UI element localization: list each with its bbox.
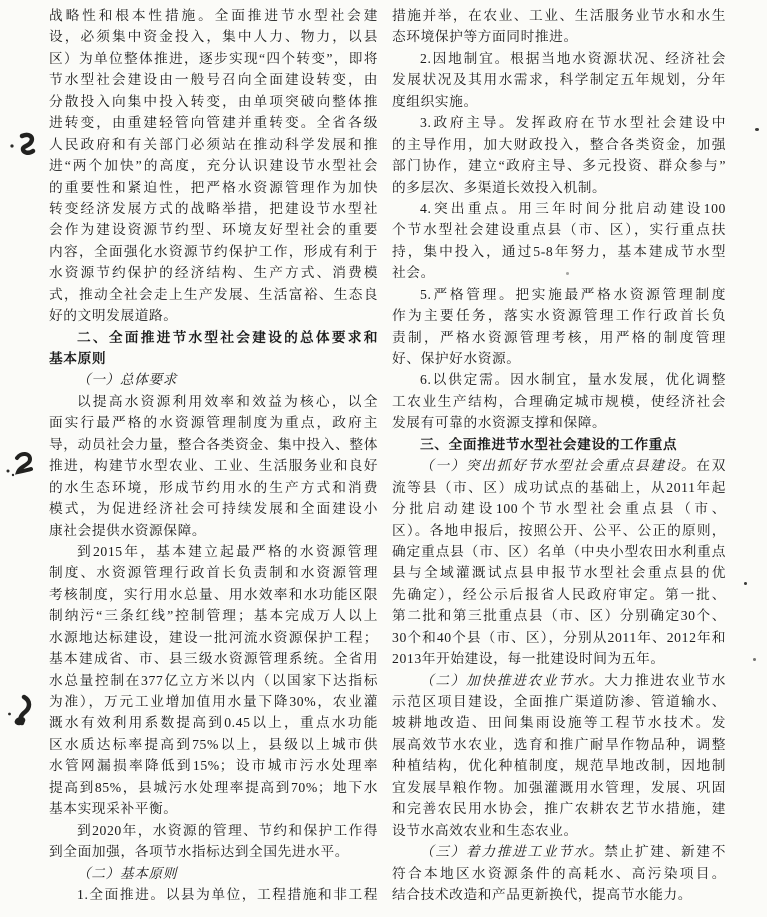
body-text: 和完善农民用水协会，推广农耕农艺节水措施，建 <box>392 801 726 816</box>
text-line: 模式，为促进经济社会可持续发展和全面建设小 <box>49 498 378 519</box>
body-text: 持，集中投入，通过5-8年努力，基本建成节水型 <box>392 244 726 259</box>
text-line: 基本实现采补平衡。 <box>49 798 378 819</box>
text-line: 措施并举，在农业、工业、生活服务业节水和水生 <box>392 5 726 26</box>
text-line: （一）总体要求 <box>49 369 378 390</box>
subheading-kai-text: （二）加快推进农业节水。 <box>420 673 604 688</box>
subheading-kai-text: （二）基本原则 <box>77 866 177 881</box>
text-line: 水总量控制在377亿立方米以内（以国家下达指标 <box>49 670 378 691</box>
body-text: 流等县（市、区）成功试点的基础上，从2011年起 <box>392 480 726 495</box>
body-text: 工农业生产结构，合理确定城市规模，使经济社会 <box>392 394 726 409</box>
heading-text: 基本原则 <box>49 351 106 366</box>
text-line: 结合技术改造和产品更新换代，提高节水能力。 <box>392 884 726 905</box>
body-text: 5.严格管理。把实施最严格水资源管理制度 <box>420 287 726 302</box>
text-line: 发展有可靠的水资源支撑和保障。 <box>392 412 726 433</box>
text-line: 到2020年，水资源的管理、节约和保护工作得 <box>49 820 378 841</box>
text-line: 内容，全面强化水资源节约保护工作，形成有利于 <box>49 241 378 262</box>
body-text: 区）。各地申报后，按照公开、公平、公正的原则， <box>392 523 726 538</box>
text-line: 工农业生产结构，合理确定城市规模，使经济社会 <box>392 391 726 412</box>
text-line: 基本原则 <box>49 348 378 369</box>
text-line: 面实行最严格的水资源管理制度为重点，政府主 <box>49 412 378 433</box>
body-text: 战略性和根本性措施。全面推进节水型社会建 <box>49 8 378 23</box>
page-surface: 战略性和根本性措施。全面推进节水型社会建设，必须集中资金投入，集中人力、物力，以… <box>0 0 767 917</box>
text-line: 确定重点县（市、区）名单（中央小型农田水利重点 <box>392 541 726 562</box>
body-text: 的重要性和紧迫性，把严格水资源管理作为加快 <box>49 180 378 195</box>
text-line: 溉水有效利用系数提高到0.45以上，重点水功能 <box>49 712 378 733</box>
body-text: 节水型社会建设由一般号召向全面建设转变，由 <box>49 72 378 87</box>
body-text: 面实行最严格的水资源管理制度为重点，政府主 <box>49 415 378 430</box>
body-text: 措施并举，在农业、工业、生活服务业节水和水生 <box>392 8 726 23</box>
body-text: 县与全域灌溉试点县申报节水型社会重点县的优 <box>392 565 726 580</box>
body-text: 个节水型社会建设重点县（市、区），实行重点扶 <box>392 222 726 237</box>
text-line: 以提高水资源利用效率和效益为核心，以全 <box>49 391 378 412</box>
body-text: 制度、水资源管理行政首长负责制和水资源管理 <box>49 565 378 580</box>
body-text: 以提高水资源利用效率和效益为核心，以全 <box>77 394 378 409</box>
text-line: 三、全面推进节水型社会建设的工作重点 <box>392 434 726 455</box>
text-line: 制纳污“三条红线”控制管理；基本完成万人以上 <box>49 605 378 626</box>
text-line: 二、全面推进节水型社会建设的总体要求和 <box>49 327 378 348</box>
ink-speck-icon <box>753 658 756 661</box>
body-text: 式，推动全社会走上生产发展、生活富裕、生态良 <box>49 287 378 302</box>
scanned-document-page: { "colors": { "paper": "#fbfbf8", "ink":… <box>0 0 767 917</box>
subheading-kai-text: （一）总体要求 <box>77 372 177 387</box>
text-line: 到全面加强，各项节水指标达到全国先进水平。 <box>49 841 378 862</box>
text-line: 好、保护好水资源。 <box>392 348 726 369</box>
text-line: 到2015年，基本建立起最严格的水资源管理 <box>49 541 378 562</box>
body-text: 发展状况及其用水需求，科学制定五年规划，分年 <box>392 72 726 87</box>
body-text: 分批启动建设100个节水型社会重点县（市、 <box>392 501 726 516</box>
text-line: 区）。各地申报后，按照公开、公平、公正的原则， <box>392 520 726 541</box>
body-text: 3.政府主导。发挥政府在节水型社会建设中 <box>420 115 726 130</box>
body-text: 基本建成省、市、县三级水资源管理系统。全省用 <box>49 651 378 666</box>
text-line: 县与全域灌溉试点县申报节水型社会重点县的优 <box>392 562 726 583</box>
text-line: 进“两个加快”的高度，充分认识建设节水型社会 <box>49 155 378 176</box>
body-text: 康社会提供水资源保障。 <box>49 523 206 538</box>
text-line: 作为主要任务，落实水资源管理工作行政首长负 <box>392 305 726 326</box>
body-text: 制纳污“三条红线”控制管理；基本完成万人以上 <box>49 608 378 623</box>
body-text: 展高效节水农业，选育和推广耐旱作物品种，调整 <box>392 737 726 752</box>
body-text: 结合技术改造和产品更新换代，提高节水能力。 <box>392 887 692 902</box>
text-line: （三）着力推进工业节水。禁止扩建、新建不 <box>392 841 726 862</box>
body-text: 水源地达标建设，建设一批河流水资源保护工程； <box>49 630 378 645</box>
text-line: 会作为建设资源节约型、环境友好型社会的重要 <box>49 219 378 240</box>
body-text: 度组织实施。 <box>392 94 478 109</box>
text-line: 康社会提供水资源保障。 <box>49 520 378 541</box>
body-text: 1.全面推进。以县为单位，工程措施和非工程 <box>77 887 378 902</box>
body-text: 部门协作，建立“政府主导、多元投资、群众参与” <box>392 158 726 173</box>
ink-smudge-icon <box>3 449 37 483</box>
body-text: 推进，构建节水型农业、工业、生活服务业和良好 <box>49 458 378 473</box>
text-line: （二）基本原则 <box>49 863 378 884</box>
ink-speck-icon <box>566 272 569 275</box>
subheading-kai-text: （三）着力推进工业节水。 <box>420 844 604 859</box>
text-line: 社会。 <box>392 262 726 283</box>
text-line: 的重要性和紧迫性，把严格水资源管理作为加快 <box>49 177 378 198</box>
text-line: 发展状况及其用水需求，科学制定五年规划，分年 <box>392 69 726 90</box>
text-line: 式，推动全社会走上生产发展、生活富裕、生态良 <box>49 284 378 305</box>
text-line: 好的文明发展道路。 <box>49 305 378 326</box>
body-text: 考核制度，实行用水总量、用水效率和水功能区限 <box>49 587 378 602</box>
text-line: 3.政府主导。发挥政府在节水型社会建设中 <box>392 112 726 133</box>
body-text: 设，必须集中资金投入，集中人力、物力，以县（市、 <box>49 29 378 47</box>
text-line: 设节水高效农业和生态农业。 <box>392 820 726 841</box>
body-text: 会作为建设资源节约型、环境友好型社会的重要 <box>49 222 378 237</box>
body-text: 2.因地制宜。根据当地水资源状况、经济社会 <box>420 51 726 66</box>
text-line: 提高到85%，县城污水处理率提高到70%；地下水 <box>49 777 378 798</box>
body-text: 6.以供定需。因水制宜，量水发展，优化调整 <box>420 372 726 387</box>
text-line: 水源地达标建设，建设一批河流水资源保护工程； <box>49 627 378 648</box>
body-text: 种植结构，优化种植制度，规范旱地改制，因地制 <box>392 758 726 773</box>
body-text: 为准），万元工业增加值用水量下降30%，农业灌 <box>49 694 378 709</box>
body-text: 责制，严格水资源管理考核，用严格的制度管理 <box>392 330 726 345</box>
text-line: 的主导作用，加大财政投入，整合各类资金，加强 <box>392 134 726 155</box>
text-line: 宜发展旱粮作物。加强灌溉用水管理，发展、巩固 <box>392 777 726 798</box>
text-line: 战略性和根本性措施。全面推进节水型社会建 <box>49 5 378 26</box>
body-text: 发展有可靠的水资源支撑和保障。 <box>392 415 606 430</box>
text-line: 节水型社会建设由一般号召向全面建设转变，由 <box>49 69 378 90</box>
body-text: 的多层次、多渠道长效投入机制。 <box>392 180 606 195</box>
text-line: 4.突出重点。用三年时间分批启动建设100 <box>392 198 726 219</box>
text-line: 持，集中投入，通过5-8年努力，基本建成节水型 <box>392 241 726 262</box>
text-line: 责制，严格水资源管理考核，用严格的制度管理 <box>392 327 726 348</box>
body-text: 水管网漏损率降低到15%；设市城市污水处理率 <box>49 758 378 773</box>
text-line: （二）加快推进农业节水。大力推进农业节水 <box>392 670 726 691</box>
text-line: 为准），万元工业增加值用水量下降30%，农业灌 <box>49 691 378 712</box>
text-line: 展高效节水农业，选育和推广耐旱作物品种，调整 <box>392 734 726 755</box>
heading-text: 二、全面推进节水型社会建设的总体要求和 <box>77 330 378 345</box>
text-line: 1.全面推进。以县为单位，工程措施和非工程 <box>49 884 378 905</box>
body-text: 溉水有效利用系数提高到0.45以上，重点水功能 <box>49 715 378 730</box>
text-line: 进转变，由重建轻管向管建并重转变。全省各级 <box>49 112 378 133</box>
text-line: 2.因地制宜。根据当地水资源状况、经济社会 <box>392 48 726 69</box>
text-line: 和完善农民用水协会，推广农耕农艺节水措施，建 <box>392 798 726 819</box>
ink-speck-icon <box>755 128 759 131</box>
body-text: 坡耕地改造、田间集雨设施等工程节水技术。发 <box>392 715 726 730</box>
text-line: 流等县（市、区）成功试点的基础上，从2011年起 <box>392 477 726 498</box>
text-line: 导，动员社会力量，整合各类资金、集中投入、整体 <box>49 434 378 455</box>
text-line: 示范区项目建设，全面推广渠道防渗、管道输水、 <box>392 691 726 712</box>
body-text: 区）为单位整体推进，逐步实现“四个转变”，即将 <box>49 51 378 66</box>
body-text: 进“两个加快”的高度，充分认识建设节水型社会 <box>49 158 378 173</box>
body-text: 内容，全面强化水资源节约保护工作，形成有利于 <box>49 244 378 259</box>
ink-smudge-icon <box>6 694 36 728</box>
text-line: 分批启动建设100个节水型社会重点县（市、 <box>392 498 726 519</box>
text-line: 转变经济发展方式的战略举措，把建设节水型社 <box>49 198 378 219</box>
body-text: 4.突出重点。用三年时间分批启动建设100 <box>420 201 726 216</box>
text-line: 推进，构建节水型农业、工业、生活服务业和良好 <box>49 455 378 476</box>
text-line: 先确定），经公示后报省人民政府审定。第一批、 <box>392 584 726 605</box>
text-line: 设，必须集中资金投入，集中人力、物力，以县（市、 <box>49 26 378 47</box>
text-line: 6.以供定需。因水制宜，量水发展，优化调整 <box>392 369 726 390</box>
body-text: 在双 <box>696 458 726 473</box>
body-text: 分散投入向集中投入转变，由单项突破向整体推 <box>49 94 378 109</box>
body-text: 区水质达标率提高到75%以上，县级以上城市供 <box>49 737 378 752</box>
text-line: 坡耕地改造、田间集雨设施等工程节水技术。发 <box>392 712 726 733</box>
body-text: 设节水高效农业和生态农业。 <box>392 823 578 838</box>
body-text: 好、保护好水资源。 <box>392 351 521 366</box>
text-line: 区）为单位整体推进，逐步实现“四个转变”，即将 <box>49 48 378 69</box>
text-line: 种植结构，优化种植制度，规范旱地改制，因地制 <box>392 755 726 776</box>
body-text: 到2015年，基本建立起最严格的水资源管理 <box>77 544 378 559</box>
text-line: 区水质达标率提高到75%以上，县级以上城市供 <box>49 734 378 755</box>
body-text: 人民政府和有关部门必须站在推动科学发展和推 <box>49 137 378 152</box>
body-text: 到全面加强，各项节水指标达到全国先进水平。 <box>49 844 349 859</box>
text-line: 态环境保护等方面同时推进。 <box>392 26 726 47</box>
body-text: 社会。 <box>392 265 435 280</box>
body-text: 水总量控制在377亿立方米以内（以国家下达指标 <box>49 673 378 688</box>
text-line: （一）突出抓好节水型社会重点县建设。在双 <box>392 455 726 476</box>
body-text: 示范区项目建设，全面推广渠道防渗、管道输水、 <box>392 694 726 709</box>
body-text: 进转变，由重建轻管向管建并重转变。全省各级 <box>49 115 378 130</box>
subheading-kai-text: （一）突出抓好节水型社会重点县建设。 <box>420 458 696 473</box>
text-line: 部门协作，建立“政府主导、多元投资、群众参与” <box>392 155 726 176</box>
body-text: 模式，为促进经济社会可持续发展和全面建设小 <box>49 501 378 516</box>
ink-smudge-icon <box>8 131 38 161</box>
text-line: 制度、水资源管理行政首长负责制和水资源管理 <box>49 562 378 583</box>
body-text: 提高到85%，县城污水处理率提高到70%；地下水 <box>49 780 378 795</box>
body-text: 的主导作用，加大财政投入，整合各类资金，加强 <box>392 137 726 152</box>
text-line: 第二批和第三批重点县（市、区）分别确定30个、 <box>392 605 726 626</box>
body-text: 30个和40个县（市、区），分别从2011年、2012年和 <box>392 630 726 645</box>
text-line: 的多层次、多渠道长效投入机制。 <box>392 177 726 198</box>
text-line: 30个和40个县（市、区），分别从2011年、2012年和 <box>392 627 726 648</box>
body-text: 基本实现采补平衡。 <box>49 801 178 816</box>
text-column-left: 战略性和根本性措施。全面推进节水型社会建设，必须集中资金投入，集中人力、物力，以… <box>49 5 378 905</box>
body-text: 好的文明发展道路。 <box>49 308 178 323</box>
text-column-right: 措施并举，在农业、工业、生活服务业节水和水生态环境保护等方面同时推进。2.因地制… <box>392 5 726 905</box>
text-line: 个节水型社会建设重点县（市、区），实行重点扶 <box>392 219 726 240</box>
body-text: 第二批和第三批重点县（市、区）分别确定30个、 <box>392 608 726 623</box>
body-text: 作为主要任务，落实水资源管理工作行政首长负 <box>392 308 726 323</box>
body-text: 态环境保护等方面同时推进。 <box>392 29 578 44</box>
body-text: 大力推进农业节水 <box>604 673 726 688</box>
body-text: 水资源节约保护的经济结构、生产方式、消费模 <box>49 265 378 280</box>
text-line: 度组织实施。 <box>392 91 726 112</box>
text-line: 考核制度，实行用水总量、用水效率和水功能区限 <box>49 584 378 605</box>
text-line: 2013年开始建设，每一批建设时间为五年。 <box>392 648 726 669</box>
body-text: 转变经济发展方式的战略举措，把建设节水型社 <box>49 201 378 216</box>
text-line: 水资源节约保护的经济结构、生产方式、消费模 <box>49 262 378 283</box>
body-text: 先确定），经公示后报省人民政府审定。第一批、 <box>392 587 726 602</box>
body-text: 确定重点县（市、区）名单（中央小型农田水利重点 <box>392 544 726 559</box>
body-text: 符合本地区水资源条件的高耗水、高污染项目。 <box>392 866 726 881</box>
text-line: 人民政府和有关部门必须站在推动科学发展和推 <box>49 134 378 155</box>
ink-speck-icon <box>744 582 747 585</box>
text-line: 的水生态环境，形成节约用水的生产方式和消费 <box>49 477 378 498</box>
body-text: 的水生态环境，形成节约用水的生产方式和消费 <box>49 480 378 495</box>
body-text: 2013年开始建设，每一批建设时间为五年。 <box>392 651 665 666</box>
body-text: 导，动员社会力量，整合各类资金、集中投入、整体 <box>49 437 378 452</box>
body-text: 宜发展旱粮作物。加强灌溉用水管理，发展、巩固 <box>392 780 726 795</box>
text-line: 基本建成省、市、县三级水资源管理系统。全省用 <box>49 648 378 669</box>
text-line: 符合本地区水资源条件的高耗水、高污染项目。 <box>392 863 726 884</box>
heading-text: 三、全面推进节水型社会建设的工作重点 <box>420 437 677 452</box>
body-text: 到2020年，水资源的管理、节约和保护工作得 <box>77 823 378 838</box>
text-line: 水管网漏损率降低到15%；设市城市污水处理率 <box>49 755 378 776</box>
text-line: 分散投入向集中投入转变，由单项突破向整体推 <box>49 91 378 112</box>
text-line: 5.严格管理。把实施最严格水资源管理制度 <box>392 284 726 305</box>
body-text: 禁止扩建、新建不 <box>604 844 726 859</box>
